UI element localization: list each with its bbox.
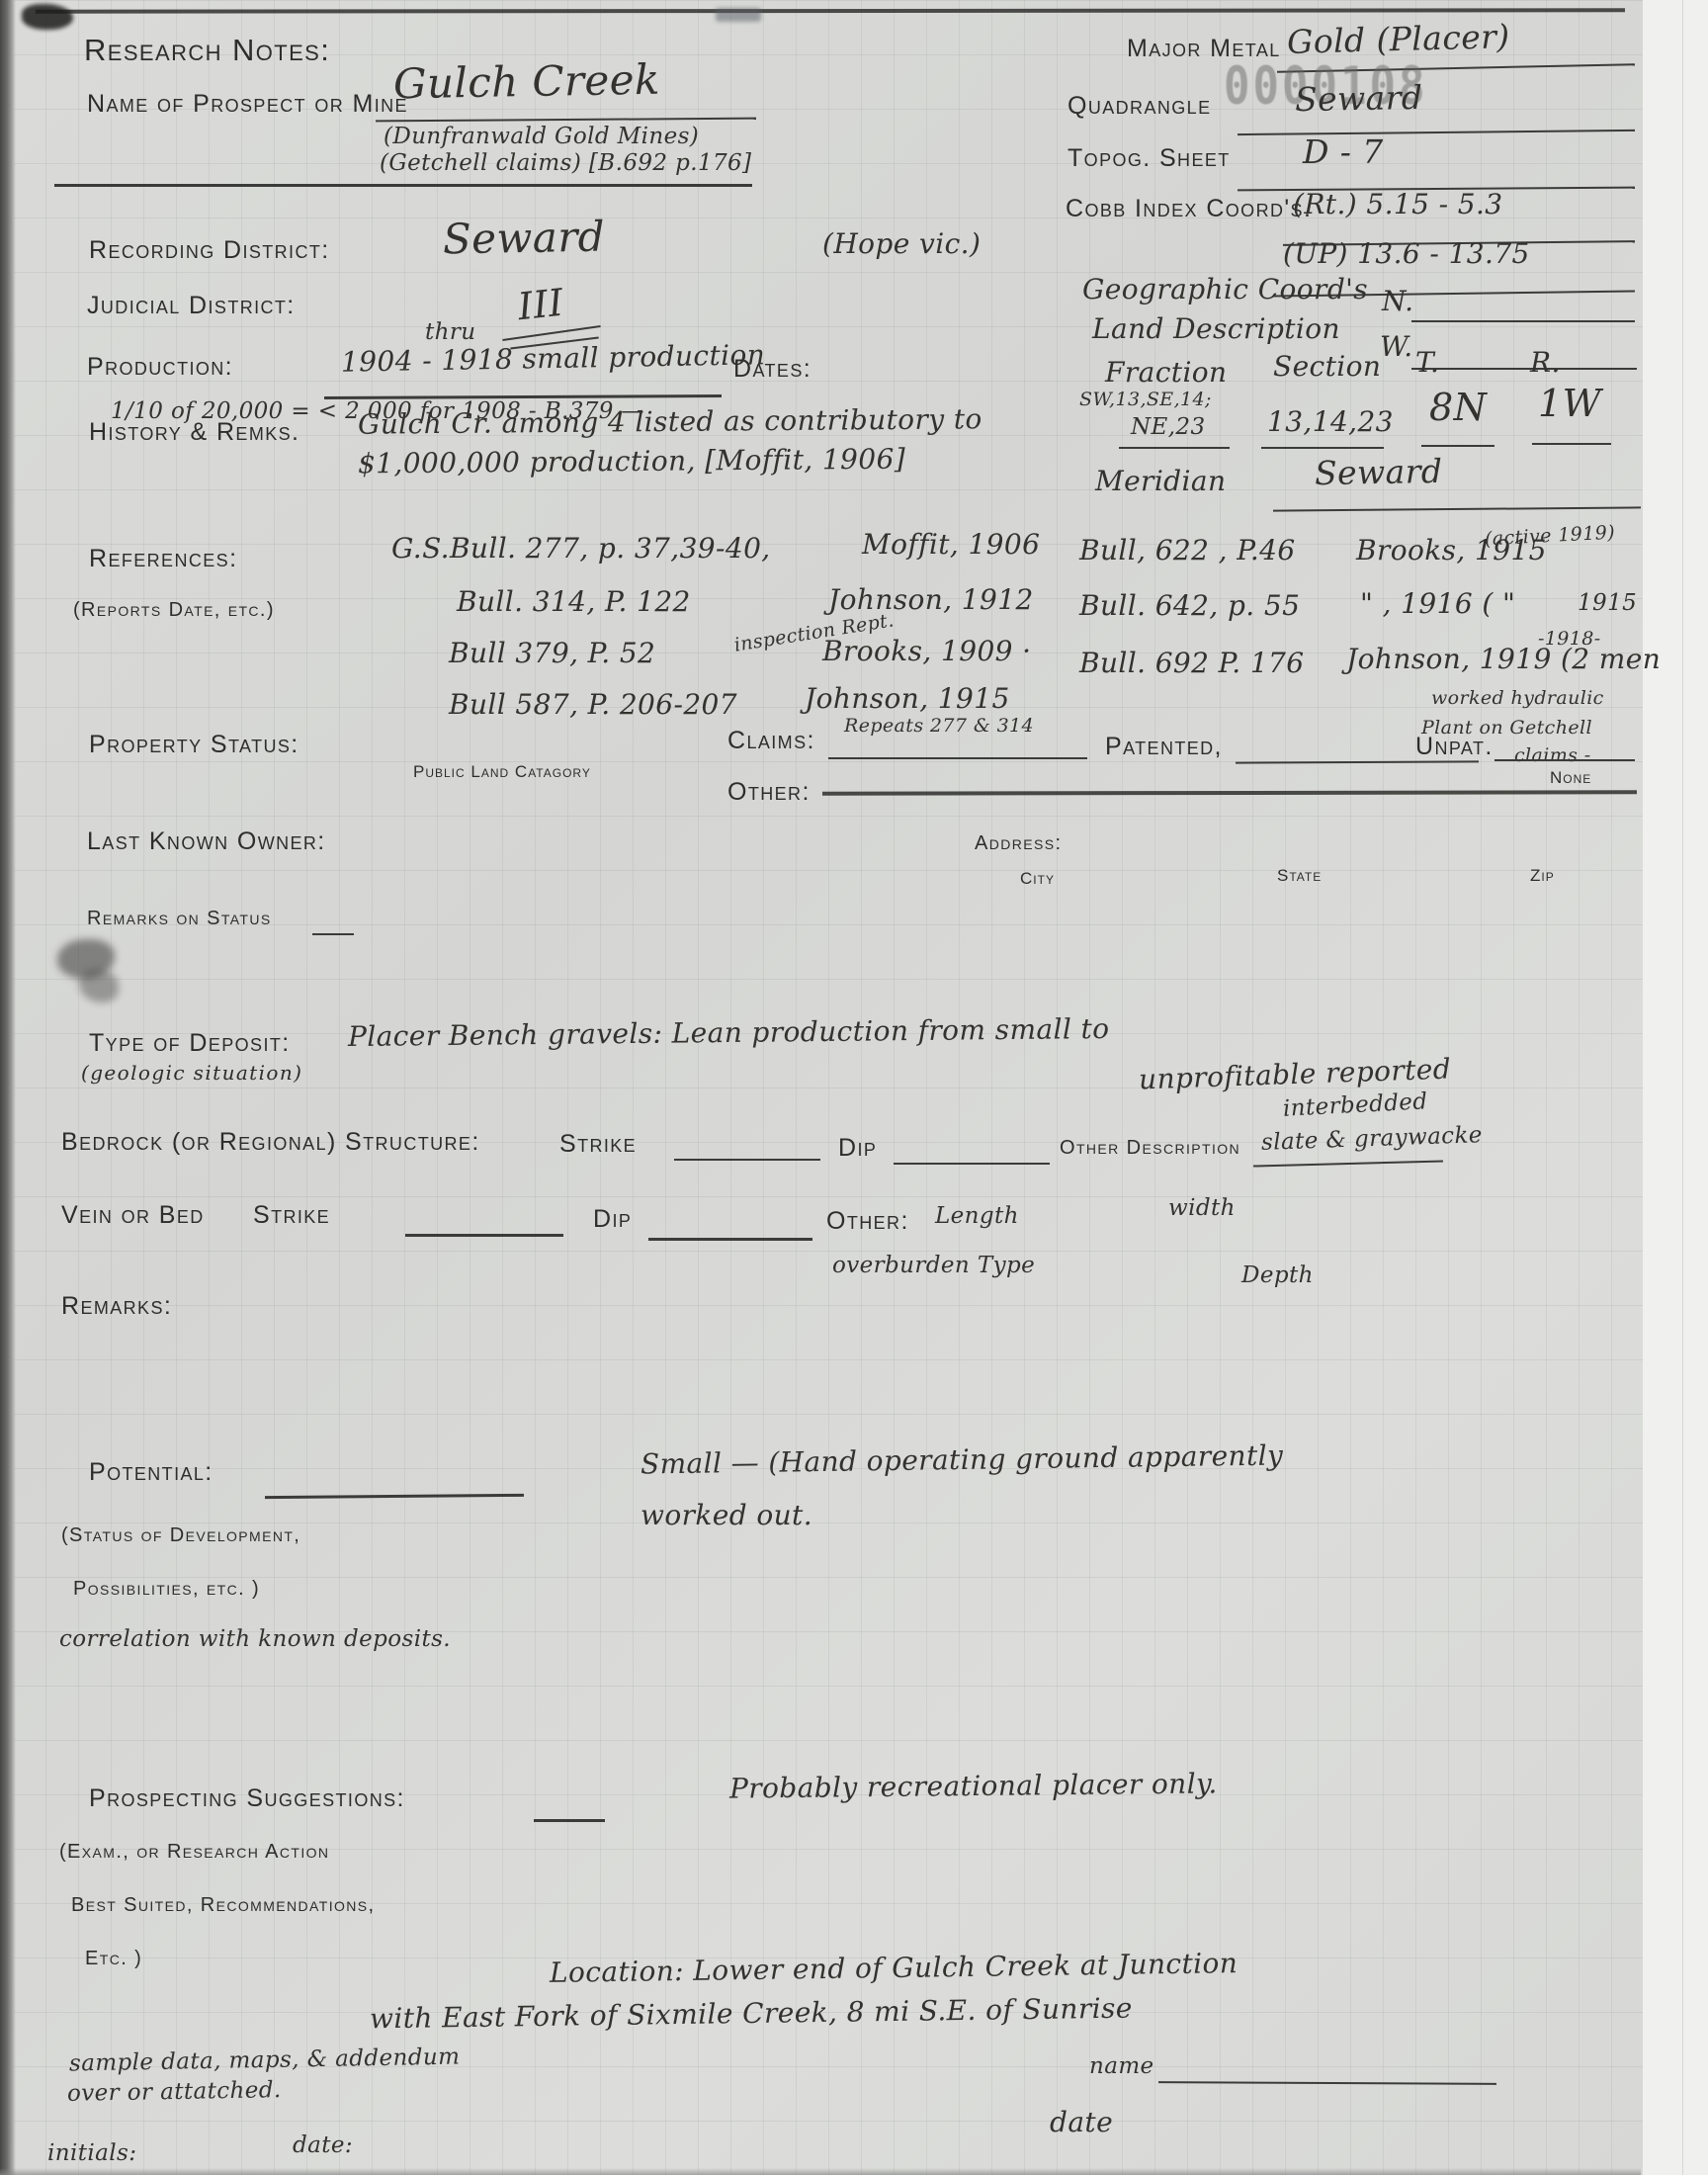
- claims-label: Claims:: [727, 728, 815, 755]
- reference-entry: G.S.Bull. 277, p. 37,39-40,: [391, 534, 771, 565]
- dates-label: Dates:: [733, 356, 811, 384]
- recording-district-label: Recording District:: [89, 237, 330, 265]
- vein-strike-label: Strike: [253, 1202, 330, 1230]
- scan-bottom-edge: [0, 2168, 1641, 2175]
- zip-label: Zip: [1530, 867, 1555, 886]
- references-label: References:: [89, 546, 237, 573]
- bedrock-dip-line: [894, 1163, 1050, 1165]
- meridian-value: Seward: [1315, 454, 1443, 492]
- township-underline: [1421, 445, 1494, 447]
- name-subtitle-1: (Dunfranwald Gold Mines): [384, 125, 699, 149]
- quadrangle-value: Seward: [1295, 80, 1423, 119]
- vein-dip-line: [648, 1238, 812, 1241]
- footer-date2-label: date:: [293, 2133, 353, 2158]
- length-label: Length: [935, 1204, 1019, 1229]
- meridian-label: Meridian: [1095, 467, 1226, 497]
- best-suited-sublabel: Best Suited, Recommendations,: [71, 1894, 375, 1916]
- public-land-category-label: Public Land Catagory: [413, 763, 591, 782]
- topog-sheet-value: D - 7: [1303, 134, 1384, 170]
- faint-top-smudge: [716, 8, 761, 22]
- status-of-development-sublabel: (Status of Development,: [61, 1524, 300, 1546]
- reference-note: -1918-: [1538, 629, 1601, 650]
- last-known-owner-label: Last Known Owner:: [87, 828, 326, 856]
- geographic-coords-label: Geographic Coord's: [1082, 275, 1368, 305]
- recording-district-note: (Hope vic.): [822, 229, 981, 260]
- name-subtitle-2: (Getchell claims) [B.692 p.176]: [380, 151, 751, 176]
- scanner-background-band: [1643, 0, 1708, 2175]
- reference-note: Repeats 277 & 314: [844, 716, 1034, 737]
- claims-underline: [828, 757, 1087, 759]
- cobb-index-label: Cobb Index Coord's.: [1066, 196, 1312, 223]
- prospecting-line: [534, 1819, 605, 1822]
- history-remarks-label: History & Remks.: [89, 419, 299, 447]
- major-metal-value: Gold (Placer): [1287, 19, 1510, 60]
- cobb-rt-value: (Rt.) 5.15 - 5.3: [1293, 190, 1503, 220]
- vein-or-bed-label: Vein or Bed: [61, 1202, 205, 1230]
- fraction-underline: [1119, 447, 1230, 449]
- patented-label: Patented,: [1105, 734, 1223, 761]
- prospecting-value: Probably recreational placer only.: [729, 1769, 1218, 1804]
- production-thru-note: thru: [425, 320, 475, 345]
- judicial-district-label: Judicial District:: [87, 293, 296, 320]
- geo-w-underline: [1411, 368, 1637, 370]
- reference-entry: Bull 379, P. 52: [449, 639, 655, 669]
- depth-label: Depth: [1241, 1263, 1314, 1288]
- geologic-situation-sublabel: (geologic situation): [81, 1062, 302, 1084]
- vein-dip-label: Dip: [593, 1206, 632, 1234]
- fraction-value-line1: SW,13,SE,14;: [1079, 390, 1212, 410]
- bedrock-dip-label: Dip: [838, 1135, 877, 1163]
- city-label: City: [1020, 870, 1055, 889]
- topog-sheet-label: Topog. Sheet: [1067, 145, 1231, 173]
- bedrock-strike-line: [674, 1159, 820, 1161]
- cobb-up-value: (UP) 13.6 - 13.75: [1283, 239, 1530, 270]
- name-of-prospect-value: Gulch Creek: [393, 57, 660, 108]
- reference-note: 1915: [1578, 591, 1637, 616]
- possibilities-sublabel: Possibilities, etc. ): [73, 1578, 260, 1600]
- name-of-prospect-label: Name of Prospect or Mine: [87, 91, 408, 119]
- quadrangle-label: Quadrangle: [1067, 93, 1211, 121]
- other-description-label: Other Description: [1060, 1137, 1240, 1159]
- range-label: R.: [1530, 348, 1561, 379]
- township-value: 8N: [1429, 388, 1487, 429]
- page-title: Research Notes:: [84, 34, 330, 67]
- reference-author: Brooks, 1909 ·: [822, 637, 1031, 667]
- reference-author: Johnson, 1915: [805, 684, 1010, 715]
- geo-w-label: W.: [1380, 332, 1413, 363]
- potential-value-line2: worked out.: [640, 1501, 812, 1531]
- other-label: Other:: [727, 779, 811, 807]
- scan-left-edge: [0, 0, 16, 2175]
- bedrock-strike-label: Strike: [559, 1131, 637, 1159]
- land-description-title: Land Description: [1092, 314, 1340, 345]
- section-value: 13,14,23: [1267, 407, 1394, 438]
- prospecting-suggestions-label: Prospecting Suggestions:: [89, 1785, 405, 1813]
- section-underline: [1261, 447, 1384, 449]
- range-underline: [1532, 443, 1611, 445]
- fraction-label: Fraction: [1105, 358, 1228, 389]
- section-label: Section: [1273, 352, 1381, 383]
- footer-date-label: date: [1050, 2108, 1113, 2138]
- reference-entry: Bull. 314, P. 122: [457, 587, 691, 618]
- reference-author: Johnson, 1919 (2 men: [1346, 645, 1661, 675]
- range-value: 1W: [1538, 384, 1601, 425]
- overburden-type-label: overburden Type: [832, 1254, 1035, 1278]
- reference-note: worked hydraulic: [1431, 688, 1604, 709]
- correlation-sublabel: correlation with known deposits.: [59, 1627, 451, 1652]
- fraction-value-line2: NE,23: [1131, 415, 1206, 440]
- unpat-underline: [1494, 759, 1635, 761]
- reference-entry: Bull. 642, p. 55: [1079, 591, 1300, 622]
- history-line-2: $1,000,000 production, [Moffit, 1906]: [358, 445, 905, 480]
- initials-label: initials:: [47, 2141, 136, 2166]
- township-label: T.: [1415, 348, 1439, 379]
- geo-n-underline: [1411, 320, 1635, 322]
- section-divider-line: [54, 184, 752, 187]
- history-line-1: Gulch Cr. among 4 listed as contributory…: [358, 404, 982, 440]
- vein-strike-line: [405, 1234, 563, 1237]
- reference-author: " , 1916 ( ": [1360, 589, 1515, 620]
- reference-entry: Bull, 622 , P.46: [1079, 536, 1296, 566]
- width-label: width: [1168, 1196, 1236, 1221]
- address-label: Address:: [975, 832, 1062, 854]
- production-label: Production:: [87, 354, 233, 382]
- scanner-artifact-line: [1682, 0, 1683, 2175]
- bedrock-structure-label: Bedrock (or Regional) Structure:: [61, 1129, 480, 1157]
- geo-n-label: N.: [1382, 287, 1413, 317]
- reference-entry: Bull 587, P. 206-207: [449, 690, 737, 721]
- reference-author: Moffit, 1906: [862, 530, 1040, 561]
- reference-entry: Bull. 692 P. 176: [1079, 649, 1304, 679]
- recording-district-value: Seward: [443, 215, 606, 263]
- property-status-label: Property Status:: [89, 732, 299, 759]
- type-of-deposit-label: Type of Deposit:: [89, 1030, 291, 1058]
- sample-data-note-line2: over or attatched.: [67, 2078, 282, 2107]
- reference-note: claims -: [1514, 745, 1591, 766]
- judicial-district-value: III: [516, 283, 565, 328]
- scan-corner-mark: [22, 4, 73, 30]
- potential-label: Potential:: [89, 1459, 213, 1487]
- state-label: State: [1277, 867, 1322, 886]
- etc-sublabel: Etc. ): [85, 1948, 142, 1969]
- none-note: None: [1550, 769, 1591, 788]
- references-sublabel: (Reports Date, etc.): [73, 599, 275, 621]
- footer-name-label: name: [1089, 2054, 1154, 2079]
- remarks-on-status-line: [312, 933, 354, 935]
- reference-author: Johnson, 1912: [828, 585, 1034, 616]
- exam-research-sublabel: (Exam., or Research Action: [59, 1841, 329, 1863]
- vein-other-label: Other:: [826, 1208, 909, 1236]
- unpat-label: Unpat.: [1415, 734, 1494, 761]
- remarks-on-status-label: Remarks on Status: [87, 908, 272, 929]
- vein-remarks-label: Remarks:: [61, 1293, 172, 1321]
